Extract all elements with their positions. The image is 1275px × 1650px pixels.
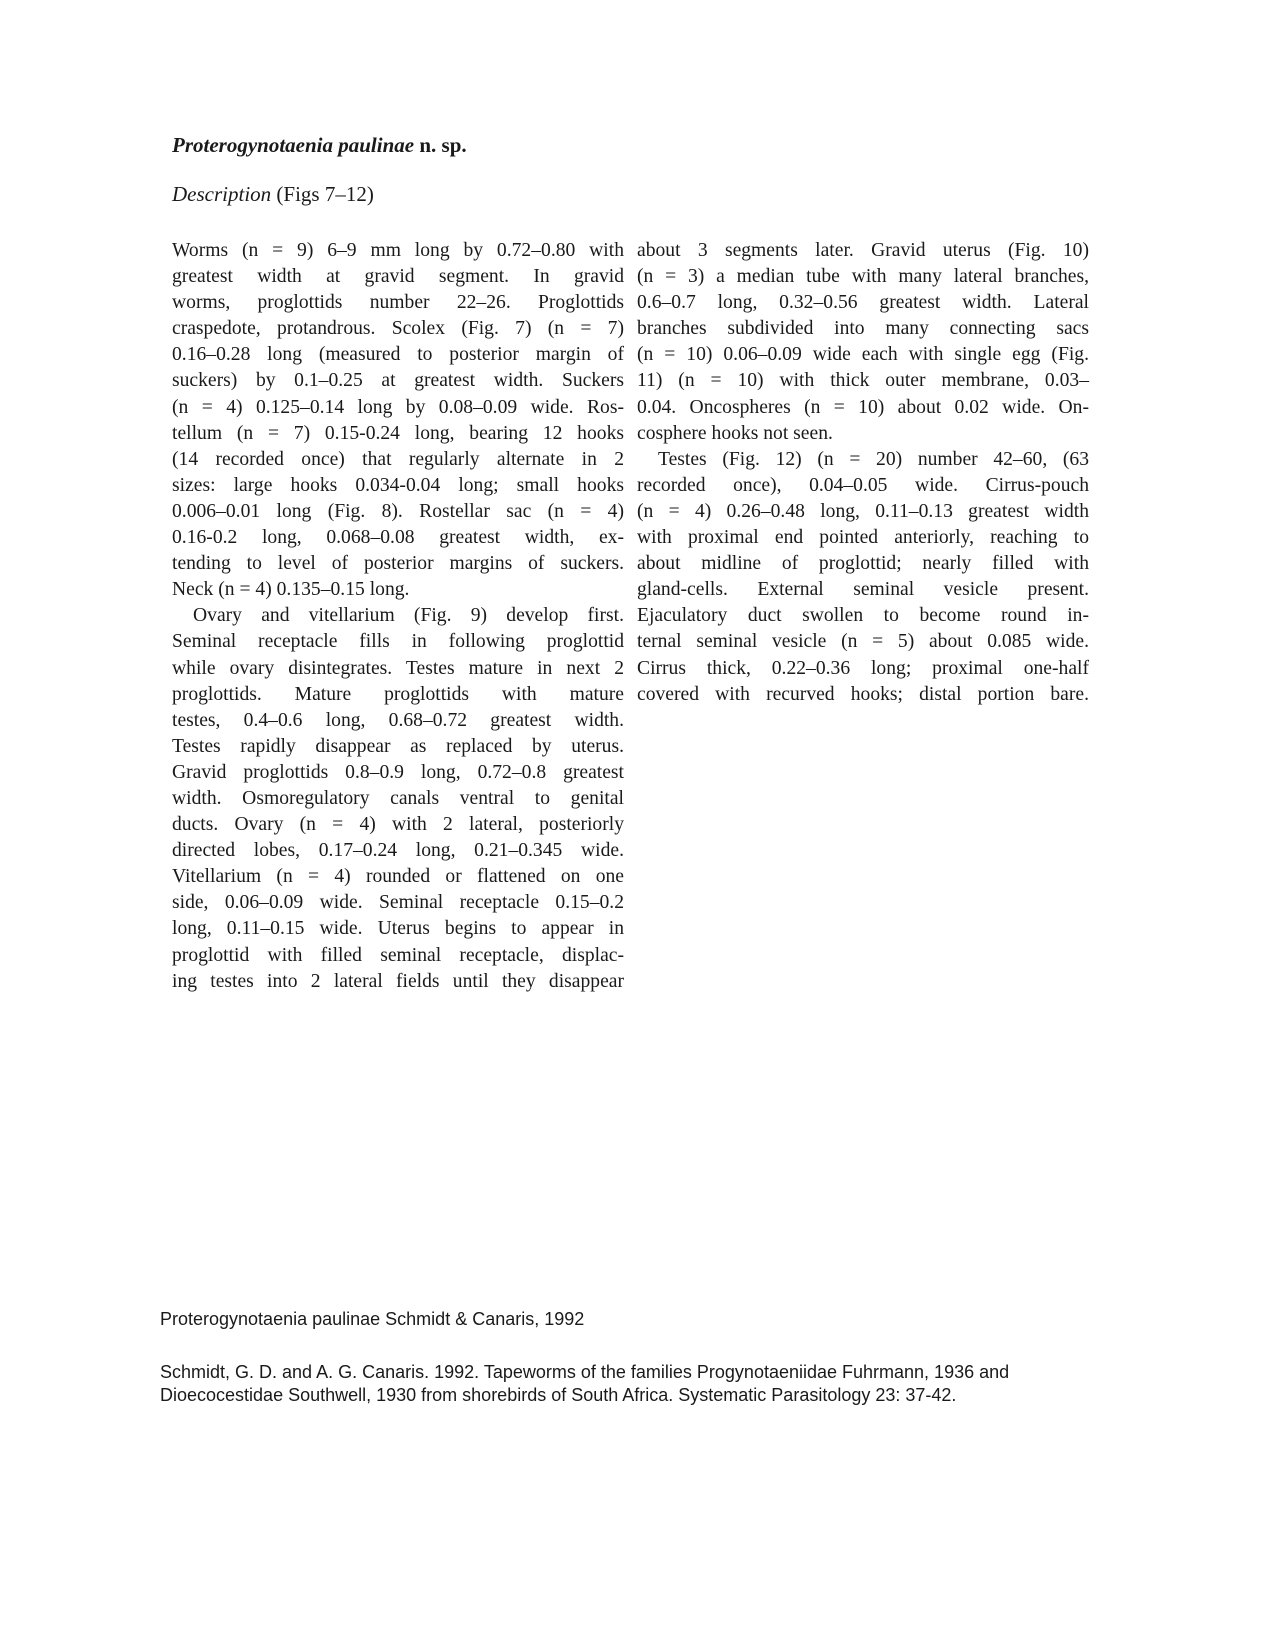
text-line: (n = 4) 0.125–0.14 long by 0.08–0.09 wid… bbox=[172, 395, 624, 421]
paragraph-start-line: Testes (Fig. 12) (n = 20) number 42–60, … bbox=[637, 447, 1089, 473]
text-line: proglottids. Mature proglottids with mat… bbox=[172, 682, 624, 708]
text-line: sizes: large hooks 0.034-0.04 long; smal… bbox=[172, 473, 624, 499]
text-line: with proximal end pointed anteriorly, re… bbox=[637, 525, 1089, 551]
description-subheading: Description (Figs 7–12) bbox=[172, 182, 374, 207]
text-line: Seminal receptacle fills in following pr… bbox=[172, 629, 624, 655]
text-line: (n = 10) 0.06–0.09 wide each with single… bbox=[637, 342, 1089, 368]
text-line: 0.006–0.01 long (Fig. 8). Rostellar sac … bbox=[172, 499, 624, 525]
right-column: about 3 segments later. Gravid uterus (F… bbox=[637, 238, 1089, 708]
text-line: (n = 3) a median tube with many lateral … bbox=[637, 264, 1089, 290]
text-line: Cirrus thick, 0.22–0.36 long; proximal o… bbox=[637, 656, 1089, 682]
text-line: 0.6–0.7 long, 0.32–0.56 greatest width. … bbox=[637, 290, 1089, 316]
text-line: greatest width at gravid segment. In gra… bbox=[172, 264, 624, 290]
text-line: Worms (n = 9) 6–9 mm long by 0.72–0.80 w… bbox=[172, 238, 624, 264]
reference-line: Schmidt, G. D. and A. G. Canaris. 1992. … bbox=[160, 1361, 1120, 1384]
new-species-marker: n. sp. bbox=[419, 133, 466, 157]
text-line: ing testes into 2 lateral fields until t… bbox=[172, 969, 624, 995]
paragraph-start-line: Ovary and vitellarium (Fig. 9) develop f… bbox=[172, 603, 624, 629]
text-line: gland-cells. External seminal vesicle pr… bbox=[637, 577, 1089, 603]
document-page: Proterogynotaenia paulinae n. sp. Descri… bbox=[0, 0, 1275, 1650]
text-line: ducts. Ovary (n = 4) with 2 lateral, pos… bbox=[172, 812, 624, 838]
text-line: proglottid with filled seminal receptacl… bbox=[172, 943, 624, 969]
citation-title: Proterogynotaenia paulinae Schmidt & Can… bbox=[160, 1309, 584, 1330]
reference-line: Dioecocestidae Southwell, 1930 from shor… bbox=[160, 1384, 1120, 1407]
text-line: Neck (n = 4) 0.135–0.15 long. bbox=[172, 577, 624, 603]
description-label: Description bbox=[172, 182, 271, 206]
text-line: ternal seminal vesicle (n = 5) about 0.0… bbox=[637, 629, 1089, 655]
text-line: tellum (n = 7) 0.15-0.24 long, bearing 1… bbox=[172, 421, 624, 447]
text-line: width. Osmoregulatory canals ventral to … bbox=[172, 786, 624, 812]
text-line: Ejaculatory duct swollen to become round… bbox=[637, 603, 1089, 629]
text-line: tending to level of posterior margins of… bbox=[172, 551, 624, 577]
text-line: testes, 0.4–0.6 long, 0.68–0.72 greatest… bbox=[172, 708, 624, 734]
text-line: Gravid proglottids 0.8–0.9 long, 0.72–0.… bbox=[172, 760, 624, 786]
figure-reference: (Figs 7–12) bbox=[276, 182, 373, 206]
species-heading: Proterogynotaenia paulinae n. sp. bbox=[172, 133, 467, 158]
citation-reference: Schmidt, G. D. and A. G. Canaris. 1992. … bbox=[160, 1361, 1120, 1407]
text-line: 11) (n = 10) with thick outer membrane, … bbox=[637, 368, 1089, 394]
text-line: side, 0.06–0.09 wide. Seminal receptacle… bbox=[172, 890, 624, 916]
text-line: covered with recurved hooks; distal port… bbox=[637, 682, 1089, 708]
text-line: suckers) by 0.1–0.25 at greatest width. … bbox=[172, 368, 624, 394]
text-line: (n = 4) 0.26–0.48 long, 0.11–0.13 greate… bbox=[637, 499, 1089, 525]
species-name: Proterogynotaenia paulinae bbox=[172, 133, 414, 157]
text-line: about 3 segments later. Gravid uterus (F… bbox=[637, 238, 1089, 264]
text-line: worms, proglottids number 22–26. Proglot… bbox=[172, 290, 624, 316]
text-line: branches subdivided into many connecting… bbox=[637, 316, 1089, 342]
text-line: long, 0.11–0.15 wide. Uterus begins to a… bbox=[172, 916, 624, 942]
text-line: about midline of proglottid; nearly fill… bbox=[637, 551, 1089, 577]
text-line: while ovary disintegrates. Testes mature… bbox=[172, 656, 624, 682]
text-line: directed lobes, 0.17–0.24 long, 0.21–0.3… bbox=[172, 838, 624, 864]
text-line: recorded once), 0.04–0.05 wide. Cirrus-p… bbox=[637, 473, 1089, 499]
text-line: Vitellarium (n = 4) rounded or flattened… bbox=[172, 864, 624, 890]
text-line: Testes rapidly disappear as replaced by … bbox=[172, 734, 624, 760]
text-line: 0.16–0.28 long (measured to posterior ma… bbox=[172, 342, 624, 368]
left-column: Worms (n = 9) 6–9 mm long by 0.72–0.80 w… bbox=[172, 238, 624, 995]
text-line: craspedote, protandrous. Scolex (Fig. 7)… bbox=[172, 316, 624, 342]
text-line: (14 recorded once) that regularly altern… bbox=[172, 447, 624, 473]
text-line: cosphere hooks not seen. bbox=[637, 421, 1089, 447]
text-line: 0.16-0.2 long, 0.068–0.08 greatest width… bbox=[172, 525, 624, 551]
text-line: 0.04. Oncospheres (n = 10) about 0.02 wi… bbox=[637, 395, 1089, 421]
